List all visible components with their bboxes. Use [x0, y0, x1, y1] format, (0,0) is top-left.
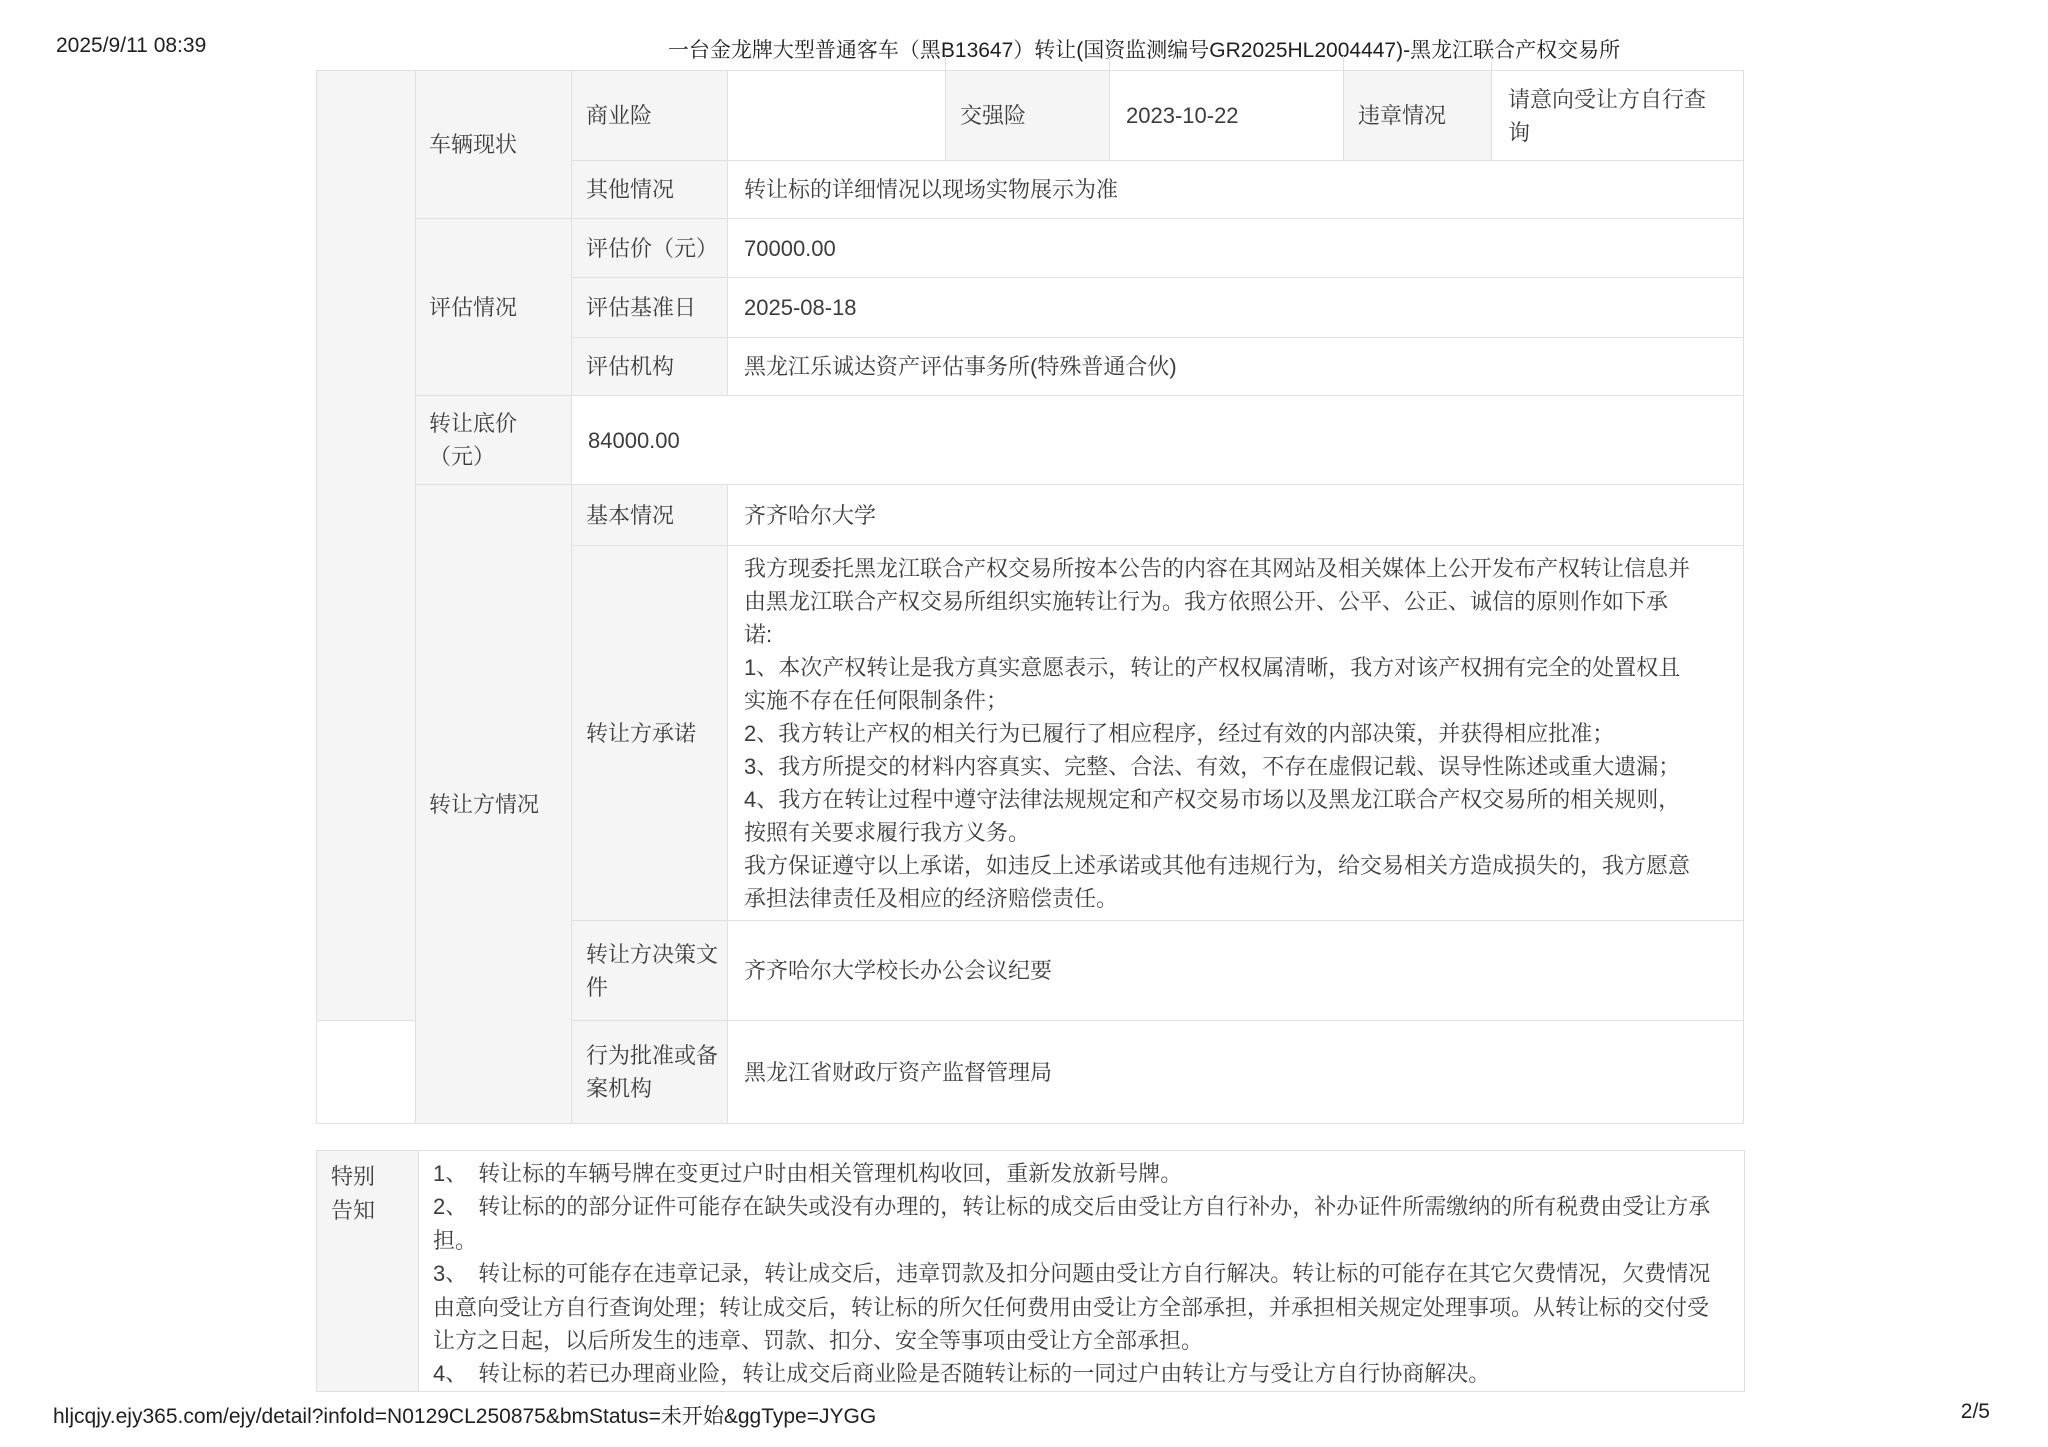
value-violation-status: 请意向受让方自行查询: [1492, 71, 1744, 161]
special-notice-label: 特别告知: [317, 1151, 419, 1391]
special-notice-item: 3、 转让标的可能存在违章记录，转让成交后，违章罚款及扣分问题由受让方自行解决。…: [433, 1257, 1724, 1357]
value-appraisal-agency: 黑龙江乐诚达资产评估事务所(特殊普通合伙): [728, 338, 1744, 396]
outer-group-spacer-cell-last-row: [317, 1021, 416, 1124]
special-notice-table: 特别告知 1、 转让标的车辆号牌在变更过户时由相关管理机构收回，重新发放新号牌。…: [316, 1150, 1745, 1392]
label-compulsory-insurance: 交强险: [946, 71, 1110, 161]
outer-group-spacer-cell: [317, 71, 416, 1021]
label-transferor-decision-document: 转让方决策文件: [572, 921, 728, 1021]
print-header-title: 一台金龙牌大型普通客车（黑B13647）转让(国资监测编号GR2025HL200…: [240, 34, 2048, 64]
value-commercial-insurance: [728, 71, 946, 161]
label-other-conditions: 其他情况: [572, 161, 728, 219]
label-transfer-floor-price: 转让底价（元）: [416, 396, 572, 485]
vehicle-transfer-detail-table: 车辆现状 商业险 交强险 2023-10-22 违章情况 请意向受让方自行查询 …: [316, 70, 1744, 1124]
special-notice-item: 4、 转让标的若已办理商业险，转让成交后商业险是否随转让标的一同过户由转让方与受…: [433, 1357, 1724, 1390]
label-violation-status: 违章情况: [1344, 71, 1492, 161]
label-commercial-insurance: 商业险: [572, 71, 728, 161]
cutoff-row-border-stub: [945, 56, 946, 70]
value-basic-info: 齐齐哈尔大学: [728, 485, 1744, 546]
print-footer-page-number: 2/5: [1961, 1400, 1990, 1424]
group-label-transferor-info: 转让方情况: [416, 485, 572, 1124]
cutoff-row-border-stub: [1109, 56, 1110, 70]
value-compulsory-insurance: 2023-10-22: [1110, 71, 1344, 161]
cutoff-row-border-stub: [1491, 56, 1492, 70]
label-basic-info: 基本情况: [572, 485, 728, 546]
cutoff-row-border-stub: [1343, 56, 1344, 70]
special-notice-item: 1、 转让标的车辆号牌在变更过户时由相关管理机构收回，重新发放新号牌。: [433, 1157, 1724, 1190]
label-appraisal-agency: 评估机构: [572, 338, 728, 396]
value-transferor-decision-document: 齐齐哈尔大学校长办公会议纪要: [728, 921, 1744, 1021]
value-transfer-floor-price: 84000.00: [572, 396, 1744, 485]
print-footer-url: hljcqjy.ejy365.com/ejy/detail?infoId=N01…: [53, 1400, 876, 1430]
label-appraised-price: 评估价（元）: [572, 219, 728, 278]
label-transferor-commitment: 转让方承诺: [572, 546, 728, 921]
special-notice-item: 2、 转让标的的部分证件可能存在缺失或没有办理的，转让标的成交后由受让方自行补办…: [433, 1190, 1724, 1257]
value-other-conditions: 转让标的详细情况以现场实物展示为准: [728, 161, 1744, 219]
group-label-vehicle-status: 车辆现状: [416, 71, 572, 219]
value-appraised-price: 70000.00: [728, 219, 1744, 278]
group-label-evaluation: 评估情况: [416, 219, 572, 396]
print-header-date: 2025/9/11 08:39: [56, 34, 206, 58]
value-approval-or-filing-authority: 黑龙江省财政厅资产监督管理局: [728, 1021, 1744, 1124]
label-appraisal-base-date: 评估基准日: [572, 278, 728, 338]
value-transferor-commitment: 我方现委托黑龙江联合产权交易所按本公告的内容在其网站及相关媒体上公开发布产权转让…: [728, 546, 1744, 921]
value-appraisal-base-date: 2025-08-18: [728, 278, 1744, 338]
special-notice-content: 1、 转让标的车辆号牌在变更过户时由相关管理机构收回，重新发放新号牌。 2、 转…: [419, 1151, 1744, 1391]
label-approval-or-filing-authority: 行为批准或备案机构: [572, 1021, 728, 1124]
